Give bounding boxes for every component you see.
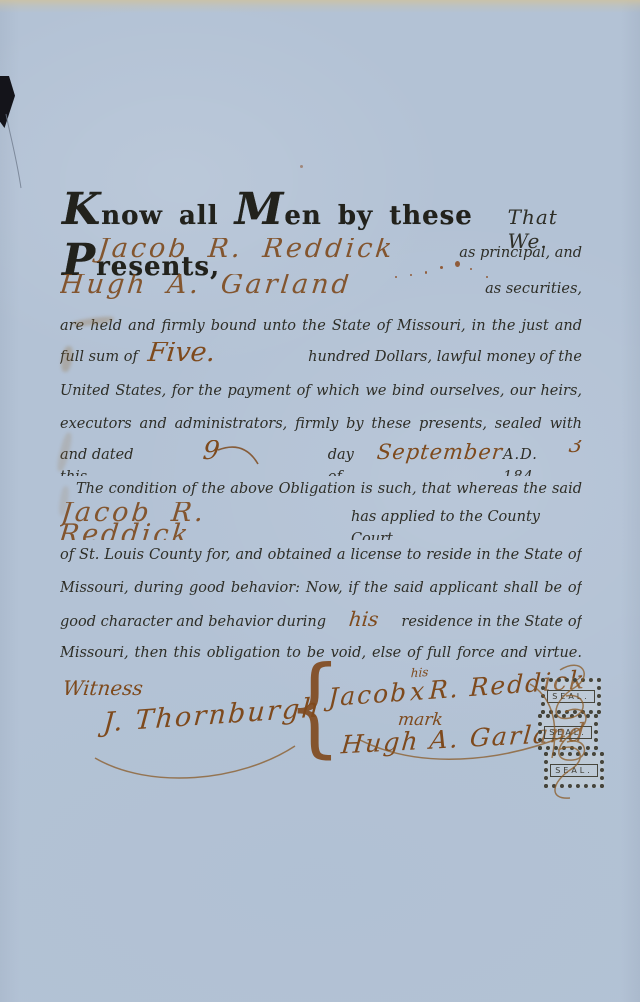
securities-label: as securities,	[485, 278, 582, 300]
his-mark-x: hisx	[410, 676, 425, 706]
character-suffix: residence in the State of	[401, 611, 582, 633]
character-prefix: good character and behavior during	[60, 611, 326, 633]
ink-spot	[300, 165, 303, 168]
body-line-bound: are held and firmly bound unto the State…	[60, 315, 582, 339]
body-line-executors: executors and administrators, firmly by …	[60, 413, 582, 437]
pronoun-handwritten: his	[348, 608, 380, 630]
title-initial-k: K	[62, 184, 100, 235]
title-word-rest: en	[284, 201, 321, 231]
paper-crack-line	[0, 110, 40, 200]
ink-spot	[410, 274, 412, 276]
sum-suffix: hundred Dollars, lawful money of the	[308, 346, 582, 368]
dated-ad: A.D. 184	[503, 444, 569, 476]
body-line-behavior: Missouri, during good behavior: Now, if …	[60, 577, 582, 601]
ink-spot	[455, 261, 460, 267]
principal-signature-first: Jacob	[328, 677, 409, 712]
seal-stamp-3: SEAL.	[544, 752, 604, 788]
title-word-rest: now	[101, 201, 163, 231]
ink-spot	[425, 271, 427, 274]
title-word: all	[179, 201, 219, 231]
his-word: his	[411, 665, 429, 680]
sum-amount-handwritten: Five.	[147, 342, 216, 364]
applied-text: has applied to the County Court	[351, 506, 582, 540]
body-line-united-states: United States, for the payment of which …	[60, 380, 582, 404]
applicant-line: Jacob R. Reddick has applied to the Coun…	[60, 502, 582, 540]
day-number-handwritten: 9	[202, 440, 221, 462]
seal-label: SEAL.	[544, 726, 592, 739]
seal-stamp-1: SEAL.	[541, 678, 601, 714]
witness-label-handwritten: Witness	[62, 676, 144, 700]
ink-spot	[440, 266, 443, 269]
ink-spot	[395, 276, 397, 278]
title-initial-m: M	[235, 184, 284, 235]
character-line: good character and behavior during his r…	[60, 608, 582, 638]
seal-label: SEAL.	[547, 690, 595, 703]
principal-label: as principal, and	[459, 242, 582, 264]
title-word: by	[338, 201, 373, 231]
ink-spot	[470, 268, 472, 270]
sum-line: full sum of Five. hundred Dollars, lawfu…	[60, 342, 582, 378]
dated-mid: day of	[328, 444, 369, 476]
seal-label: SEAL.	[550, 764, 598, 777]
body-line-court: of St. Louis County for, and obtained a …	[60, 544, 582, 568]
scanned-document-page: Know all Men by these Presents, That We.…	[0, 0, 640, 1002]
condition-line: The condition of the above Obligation is…	[60, 478, 582, 502]
security-name-handwritten: Hugh A. Garland	[60, 274, 353, 296]
ink-spot	[486, 276, 488, 278]
title-word: these	[389, 201, 473, 231]
year-digit-handwritten: 3	[567, 440, 582, 456]
dated-prefix: and dated this	[60, 444, 157, 476]
principal-line: Jacob R. Reddick as principal, and	[60, 238, 582, 274]
paper-tear-mark	[0, 76, 15, 128]
applicant-name-handwritten: Jacob R. Reddick	[60, 502, 353, 540]
principal-name-handwritten: Jacob R. Reddick	[97, 238, 396, 260]
securities-line: Hugh A. Garland as securities,	[60, 274, 582, 310]
mark-x-glyph: x	[410, 676, 425, 706]
dated-line: and dated this 9 day of September A.D. 1…	[60, 440, 582, 476]
seal-stamp-2: SEAL.	[538, 714, 598, 750]
month-handwritten: September	[376, 441, 504, 463]
